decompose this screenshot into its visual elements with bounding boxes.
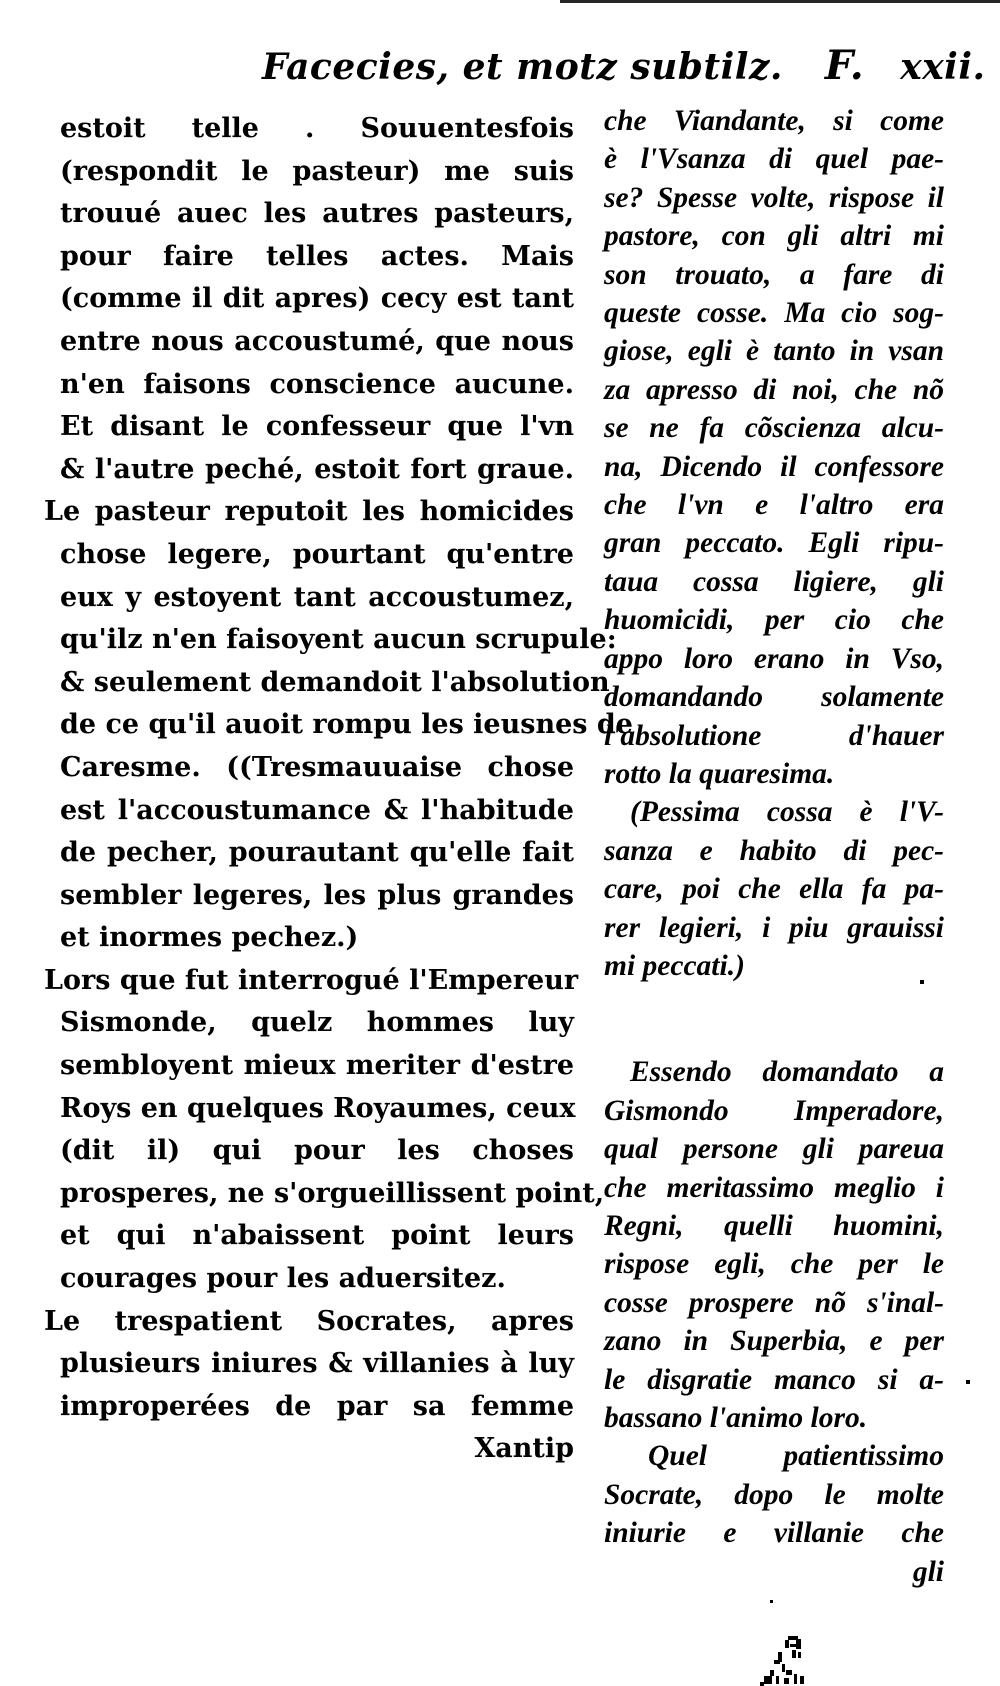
text-line: plusieurs iniures & villanies à luy [44,1343,574,1386]
text-line: sanza e habito di pec- [604,832,944,870]
text-line: huomicidi, per cio che [604,601,944,639]
text-line: rer legieri, i piu grauissi [604,909,944,947]
text-line: Le trespatient Socrates, apres [44,1301,574,1344]
text-line: prosperes, ne s'orgueillissent point, [44,1173,574,1216]
text-line: sembloyent mieux meriter d'estre [44,1045,574,1088]
text-line: Caresme. ((Tresmauuaise chose [44,747,574,790]
catchword: Xantip [44,1428,574,1471]
text-line: rotto la quaresima. [604,755,944,793]
text-line: sembler legeres, les plus grandes [44,875,574,918]
text-line: & seulement demandoit l'absolution [44,662,574,705]
text-line: le disgratie manco si a- [604,1361,944,1399]
text-line: entre nous accoustumé, que nous [44,321,574,364]
text-line: et inormes pechez.) [44,917,574,960]
scan-speck [966,1380,970,1384]
text-line: rispose egli, che per le [604,1245,944,1283]
text-line: de pecher, pourautant qu'elle fait [44,832,574,875]
text-line: iniurie e villanie che [604,1514,944,1552]
text-line: Gismondo Imperadore, [604,1092,944,1130]
text-line: eux y estoyent tant accoustumez, [44,577,574,620]
paragraph-gap [604,985,944,1053]
text-line: chose legere, pourtant qu'entre [44,534,574,577]
french-paragraph: Le pasteur reputoit les homicides chose … [44,491,574,960]
text-line: trouué auec les autres pasteurs, [44,193,574,236]
text-line: Essendo domandato a [604,1053,944,1091]
french-paragraph: Lors que fut interrogué l'Empereur Sismo… [44,960,574,1301]
signature-mark: F. [825,42,864,89]
text-line: (comme il dit apres) cecy est tant [44,278,574,321]
catchword: gli [604,1553,944,1591]
text-line: che Viandante, si come [604,102,944,140]
text-line: care, poi che ella fa pa- [604,870,944,908]
text-line: zano in Superbia, e per [604,1322,944,1360]
text-line: è l'Vsanza di quel pae- [604,140,944,178]
text-line: se ne fa cõscienza alcu- [604,409,944,447]
text-line: Roys en quelques Royaumes, ceux [44,1088,574,1131]
scan-speck [920,980,924,984]
french-column: estoit telle . Souuentesfois (respondit … [44,108,574,1471]
text-line: giose, egli è tanto in vsan [604,332,944,370]
text-line: estoit telle . Souuentesfois [44,108,574,151]
italian-column: che Viandante, si come è l'Vsanza di que… [604,102,944,1591]
text-line: Et disant le confesseur que l'vn [44,406,574,449]
text-line: se? Spesse volte, rispose il [604,179,944,217]
folio-number: xxii. [900,46,985,88]
text-line: che l'vn e l'altro era [604,486,944,524]
text-line: courages pour les aduersitez. [44,1258,574,1301]
text-line: taua cossa ligiere, gli [604,563,944,601]
text-line: Sismonde, quelz hommes luy [44,1002,574,1045]
text-line: n'en faisons conscience aucune. [44,364,574,407]
printers-ornament-icon [740,1630,820,1686]
text-line: na, Dicendo il confessore [604,448,944,486]
text-line: est l'accoustumance & l'habitude [44,790,574,833]
italian-paragraph: (Pessima cossa è l'V- sanza e habito di … [604,793,944,985]
text-line: & l'autre peché, estoit fort graue. [44,449,574,492]
text-line: l'absolutione d'hauer [604,717,944,755]
text-line: domandando solamente [604,678,944,716]
text-line: Le pasteur reputoit les homicides [44,491,574,534]
italian-paragraph: che Viandante, si come è l'Vsanza di que… [604,102,944,793]
text-line: bassano l'animo loro. [604,1399,944,1437]
text-line: et qui n'abaissent point leurs [44,1215,574,1258]
text-line: queste cosse. Ma cio sog- [604,294,944,332]
text-line: Regni, quelli huomini, [604,1207,944,1245]
text-line: pour faire telles actes. Mais [44,236,574,279]
scan-edge-rule [560,0,1000,3]
french-paragraph: estoit telle . Souuentesfois (respondit … [44,108,574,491]
italian-paragraph: Essendo domandato a Gismondo Imperadore,… [604,1053,944,1437]
text-line: cosse prospere nõ s'inal- [604,1284,944,1322]
text-line: qu'ilz n'en faisoyent aucun scrupule: [44,619,574,662]
text-line: (Pessima cossa è l'V- [604,793,944,831]
text-line: improperées de par sa femme [44,1386,574,1429]
running-head-title: Facecies, et motz subtilz. [262,46,783,88]
text-line: de ce qu'il auoit rompu les ieusnes de [44,704,574,747]
text-line: (dit il) qui pour les choses [44,1130,574,1173]
text-line: qual persone gli pareua [604,1130,944,1168]
text-line: mi peccati.) [604,947,944,985]
text-line: appo loro erano in Vso, [604,640,944,678]
text-line: gran peccato. Egli ripu- [604,524,944,562]
running-head: Facecies, et motz subtilz.F.xxii. [262,42,962,92]
text-line: son trouato, a fare di [604,256,944,294]
french-paragraph: Le trespatient Socrates, apres plusieurs… [44,1301,574,1471]
text-line: Socrate, dopo le molte [604,1476,944,1514]
text-line: (respondit le pasteur) me suis [44,151,574,194]
text-line: pastore, con gli altri mi [604,217,944,255]
text-line: Lors que fut interrogué l'Empereur [44,960,574,1003]
italian-paragraph: Quel patientissimo Socrate, dopo le molt… [604,1437,944,1591]
text-line: che meritassimo meglio i [604,1169,944,1207]
text-line: Quel patientissimo [604,1437,944,1475]
scan-speck [770,1600,773,1603]
text-line: za apresso di noi, che nõ [604,371,944,409]
